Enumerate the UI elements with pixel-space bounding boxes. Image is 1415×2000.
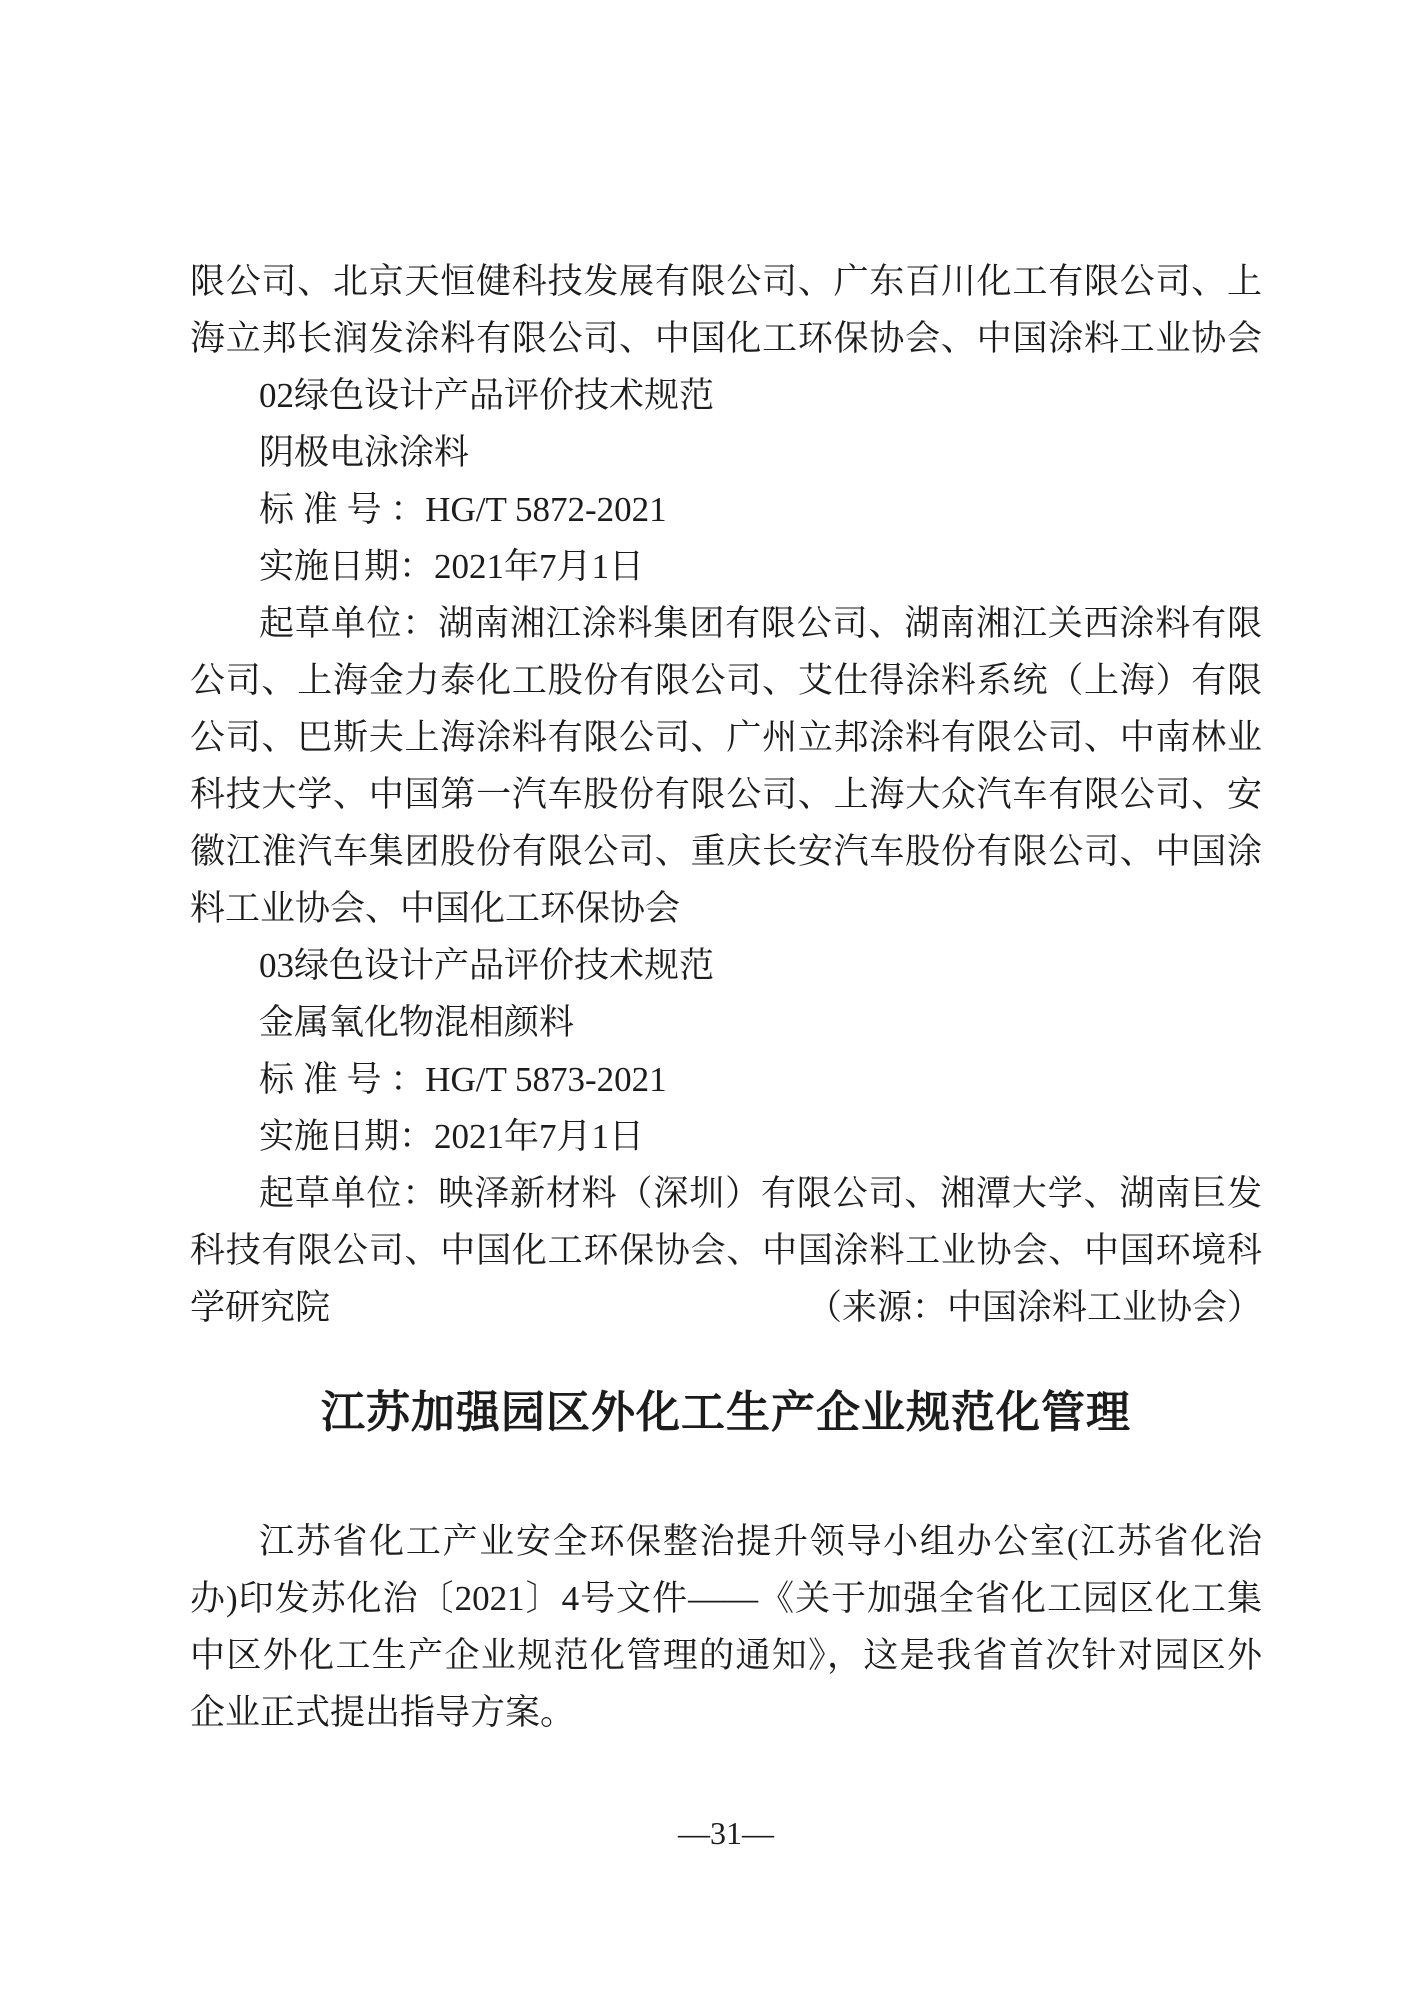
text-line: 科技有限公司、中国化工环保协会、中国涂料工业协会、中国环境科 <box>190 1222 1262 1279</box>
standard-item-title: 03绿色设计产品评价技术规范 <box>190 937 1262 994</box>
document-page: 限公司、北京天恒健科技发展有限公司、广东百川化工有限公司、上 海立邦长润发涂料有… <box>0 0 1415 2000</box>
standards-list-block: 限公司、北京天恒健科技发展有限公司、广东百川化工有限公司、上 海立邦长润发涂料有… <box>190 253 1262 1336</box>
paragraph-line: 办)印发苏化治〔2021〕4号文件——《关于加强全省化工园区化工集 <box>190 1570 1262 1627</box>
article-paragraph: 江苏省化工产业安全环保整治提升领导小组办公室(江苏省化治 办)印发苏化治〔202… <box>190 1513 1262 1741</box>
drafting-units-line: 起草单位：湖南湘江涂料集团有限公司、湖南湘江关西涂料有限 <box>190 595 1262 652</box>
text-line: 海立邦长润发涂料有限公司、中国化工环保协会、中国涂料工业协会 <box>190 310 1262 367</box>
text-line: 科技大学、中国第一汽车股份有限公司、上海大众汽车有限公司、安 <box>190 766 1262 823</box>
text-line-left: 学研究院 <box>190 1279 330 1336</box>
text-line: 公司、巴斯夫上海涂料有限公司、广州立邦涂料有限公司、中南林业 <box>190 709 1262 766</box>
text-line: 公司、上海金力泰化工股份有限公司、艾仕得涂料系统（上海）有限 <box>190 652 1262 709</box>
standard-item-subtitle: 阴极电泳涂料 <box>190 424 1262 481</box>
drafting-units-line: 起草单位：映泽新材料（深圳）有限公司、湘潭大学、湖南巨发 <box>190 1165 1262 1222</box>
page-footer: —31— <box>190 1813 1262 1853</box>
article-title: 江苏加强园区外化工生产企业规范化管理 <box>190 1383 1262 1443</box>
page-content: 限公司、北京天恒健科技发展有限公司、广东百川化工有限公司、上 海立邦长润发涂料有… <box>190 253 1262 1741</box>
paragraph-line: 江苏省化工产业安全环保整治提升领导小组办公室(江苏省化治 <box>190 1513 1262 1570</box>
standard-number-line: 标 准 号 ：HG/T 5873-2021 <box>190 1051 1262 1108</box>
standard-item-title: 02绿色设计产品评价技术规范 <box>190 367 1262 424</box>
text-line-with-source: 学研究院 （来源：中国涂料工业协会） <box>190 1279 1262 1336</box>
paragraph-line: 中区外化工生产企业规范化管理的通知》，这是我省首次针对园区外 <box>190 1627 1262 1684</box>
implementation-date-line: 实施日期：2021年7月1日 <box>190 538 1262 595</box>
text-line: 徽江淮汽车集团股份有限公司、重庆长安汽车股份有限公司、中国涂 <box>190 823 1262 880</box>
text-line: 料工业协会、中国化工环保协会 <box>190 880 1262 937</box>
page-number: —31— <box>678 1815 774 1851</box>
source-attribution: （来源：中国涂料工业协会） <box>807 1279 1262 1336</box>
text-line: 限公司、北京天恒健科技发展有限公司、广东百川化工有限公司、上 <box>190 253 1262 310</box>
standard-number-line: 标 准 号 ：HG/T 5872-2021 <box>190 481 1262 538</box>
standard-item-subtitle: 金属氧化物混相颜料 <box>190 994 1262 1051</box>
paragraph-line: 企业正式提出指导方案。 <box>190 1684 1262 1741</box>
implementation-date-line: 实施日期：2021年7月1日 <box>190 1108 1262 1165</box>
